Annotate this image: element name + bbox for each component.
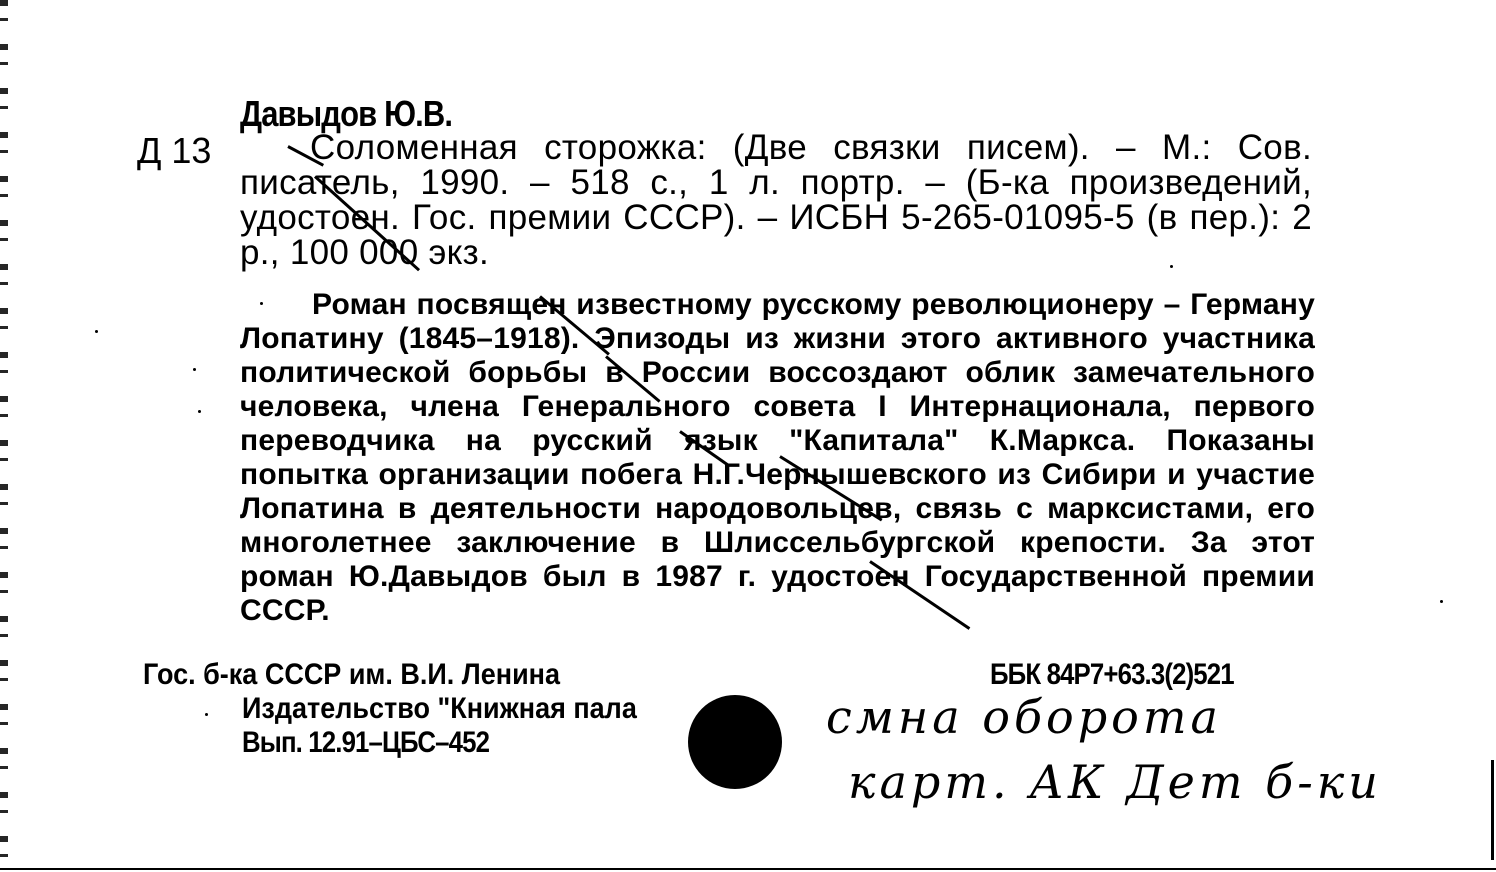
bbk-classification: ББК 84Р7+63.3(2)521 xyxy=(990,658,1234,692)
scan-speck xyxy=(198,410,201,413)
scan-speck xyxy=(1170,265,1173,268)
issue-number: Вып. 12.91–ЦБС–452 xyxy=(242,726,489,760)
scan-speck xyxy=(1440,600,1443,603)
bibliographic-description: Соломенная сторожка: (Две связки писем).… xyxy=(240,130,1312,270)
handwritten-note-line2: карт. АК Дет б-ки xyxy=(848,755,1382,809)
catalog-card: Давыдов Ю.В. Д 13 Соломенная сторожка: (… xyxy=(0,0,1496,872)
index-code: Д 13 xyxy=(137,130,211,172)
annotation-text: Роман посвящен известному русскому револ… xyxy=(240,288,1315,628)
scan-edge-right xyxy=(1491,760,1494,860)
library-name: Гос. б-ка СССР им. В.И. Ленина xyxy=(143,658,560,692)
ink-blot xyxy=(688,695,782,789)
scan-speck xyxy=(95,330,98,333)
scan-speck xyxy=(260,302,263,305)
scan-speck xyxy=(193,368,196,371)
scan-edge-bottom xyxy=(0,868,1496,870)
handwritten-note-line1: смна оборота xyxy=(826,690,1222,744)
scan-edge-left xyxy=(0,0,8,872)
scan-speck xyxy=(205,713,208,716)
publisher-line: Издательство "Книжная пала xyxy=(242,692,637,726)
